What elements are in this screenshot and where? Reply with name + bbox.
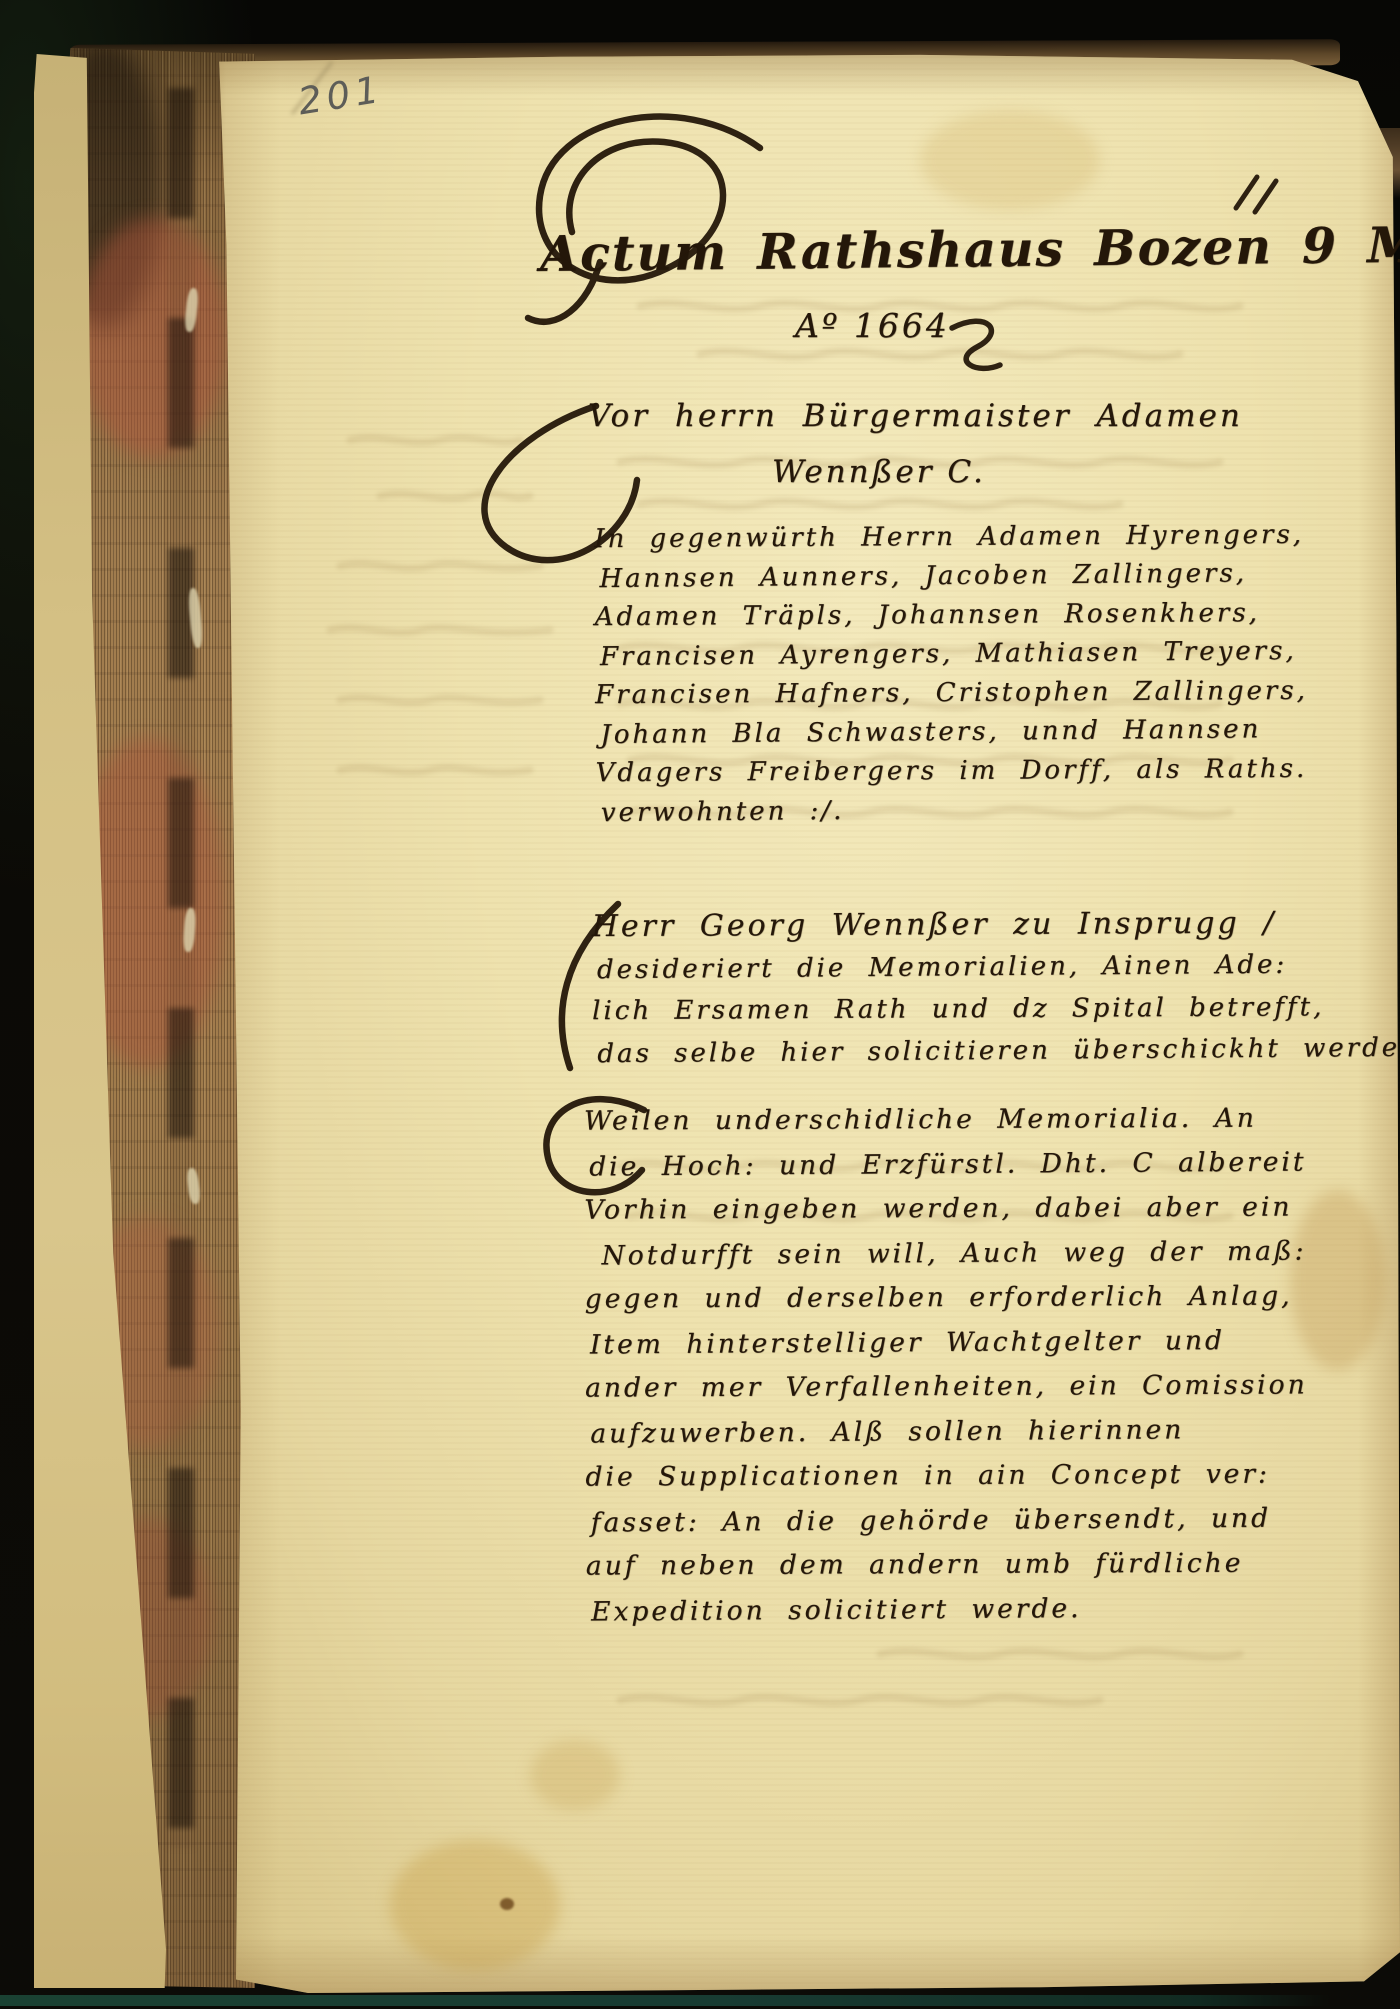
- manuscript-line: Vorhin eingeben werden, dabei aber ein: [584, 1185, 1307, 1233]
- manuscript-line: Item hinterstelliger Wachtgelter und: [590, 1318, 1313, 1368]
- manuscript-line: gegen und derselben erforderlich Anlag,: [585, 1274, 1308, 1322]
- manuscript-line: Expedition solicitiert werde.: [591, 1585, 1314, 1635]
- manuscript-line: das selbe hier solicitieren überschickht…: [597, 1027, 1400, 1075]
- anno-line: Aº 1664: [795, 306, 950, 345]
- manuscript-line: In gegenwürth Herrn Adamen Hyrengers,: [594, 516, 1307, 559]
- red-streak: [78, 218, 228, 458]
- manuscript-line: ander mer Verfallenheiten, ein Comission: [585, 1363, 1308, 1411]
- manuscript-line: Vdagers Freibergers im Dorff, als Raths.: [595, 750, 1308, 793]
- manuscript-line: Hannsen Aunners, Jacoben Zallingers,: [599, 554, 1312, 599]
- paragraph-memorialia: Weilen underschidliche Memorialia. An di…: [584, 1096, 1309, 1633]
- manuscript-line: Johann Bla Schwasters, unnd Hannsen: [600, 710, 1313, 755]
- manuscript-line: aufzuwerben. Alß sollen hierinnen: [590, 1407, 1313, 1457]
- manuscript-line: desideriert die Memorialien, Ainen Ade:: [597, 943, 1400, 991]
- manuscript-line: auf neben dem andern umb fürdliche: [586, 1541, 1309, 1589]
- paper-stain: [530, 1740, 620, 1810]
- paragraph-attendance: In gegenwürth Herrn Adamen Hyrengers, Ha…: [594, 516, 1309, 832]
- heading-line: Actum Rathshaus Bozen 9 May: [540, 215, 1400, 283]
- manuscript-line: lich Ersamen Rath und dz Spital betrefft…: [592, 986, 1400, 1032]
- salutation-line: Vor herrn Bürgermaister Adamen: [588, 398, 1243, 434]
- ink-dot: [500, 1898, 514, 1910]
- manuscript-line: die Supplicationen in ain Concept ver:: [585, 1452, 1308, 1500]
- bottom-green-strip: [0, 1995, 1330, 2006]
- crevice: [168, 88, 194, 1848]
- manuscript-line: Herr Georg Wennßer zu Insprugg /: [592, 902, 1400, 948]
- manuscript-line: Notdurfft sein will, Auch weg der maß:: [601, 1229, 1312, 1278]
- paper-stain: [920, 110, 1100, 210]
- manuscript-line: verwohnten :/.: [601, 788, 1314, 833]
- manuscript-line: Francisen Ayrengers, Mathiasen Treyers,: [600, 632, 1313, 677]
- manuscript-line: die Hoch: und Erzfürstl. Dht. C albereit: [589, 1140, 1312, 1190]
- manuscript-line: fasset: An die gehörde übersendt, und: [591, 1496, 1314, 1546]
- archive-photo: 201 Actum Rathshaus Bozen 9 May Aº 1664 …: [0, 0, 1400, 2009]
- manuscript-line: Francisen Hafners, Cristophen Zallingers…: [595, 672, 1308, 715]
- paper-stain: [390, 1840, 560, 1970]
- paragraph-wennser: Herr Georg Wennßer zu Insprugg / desider…: [592, 902, 1400, 1074]
- manuscript-line: Adamen Träpls, Johannsen Rosenkhers,: [595, 594, 1308, 637]
- salutation-line: Wennßer C.: [772, 454, 986, 490]
- manuscript-line: Weilen underschidliche Memorialia. An: [584, 1096, 1307, 1144]
